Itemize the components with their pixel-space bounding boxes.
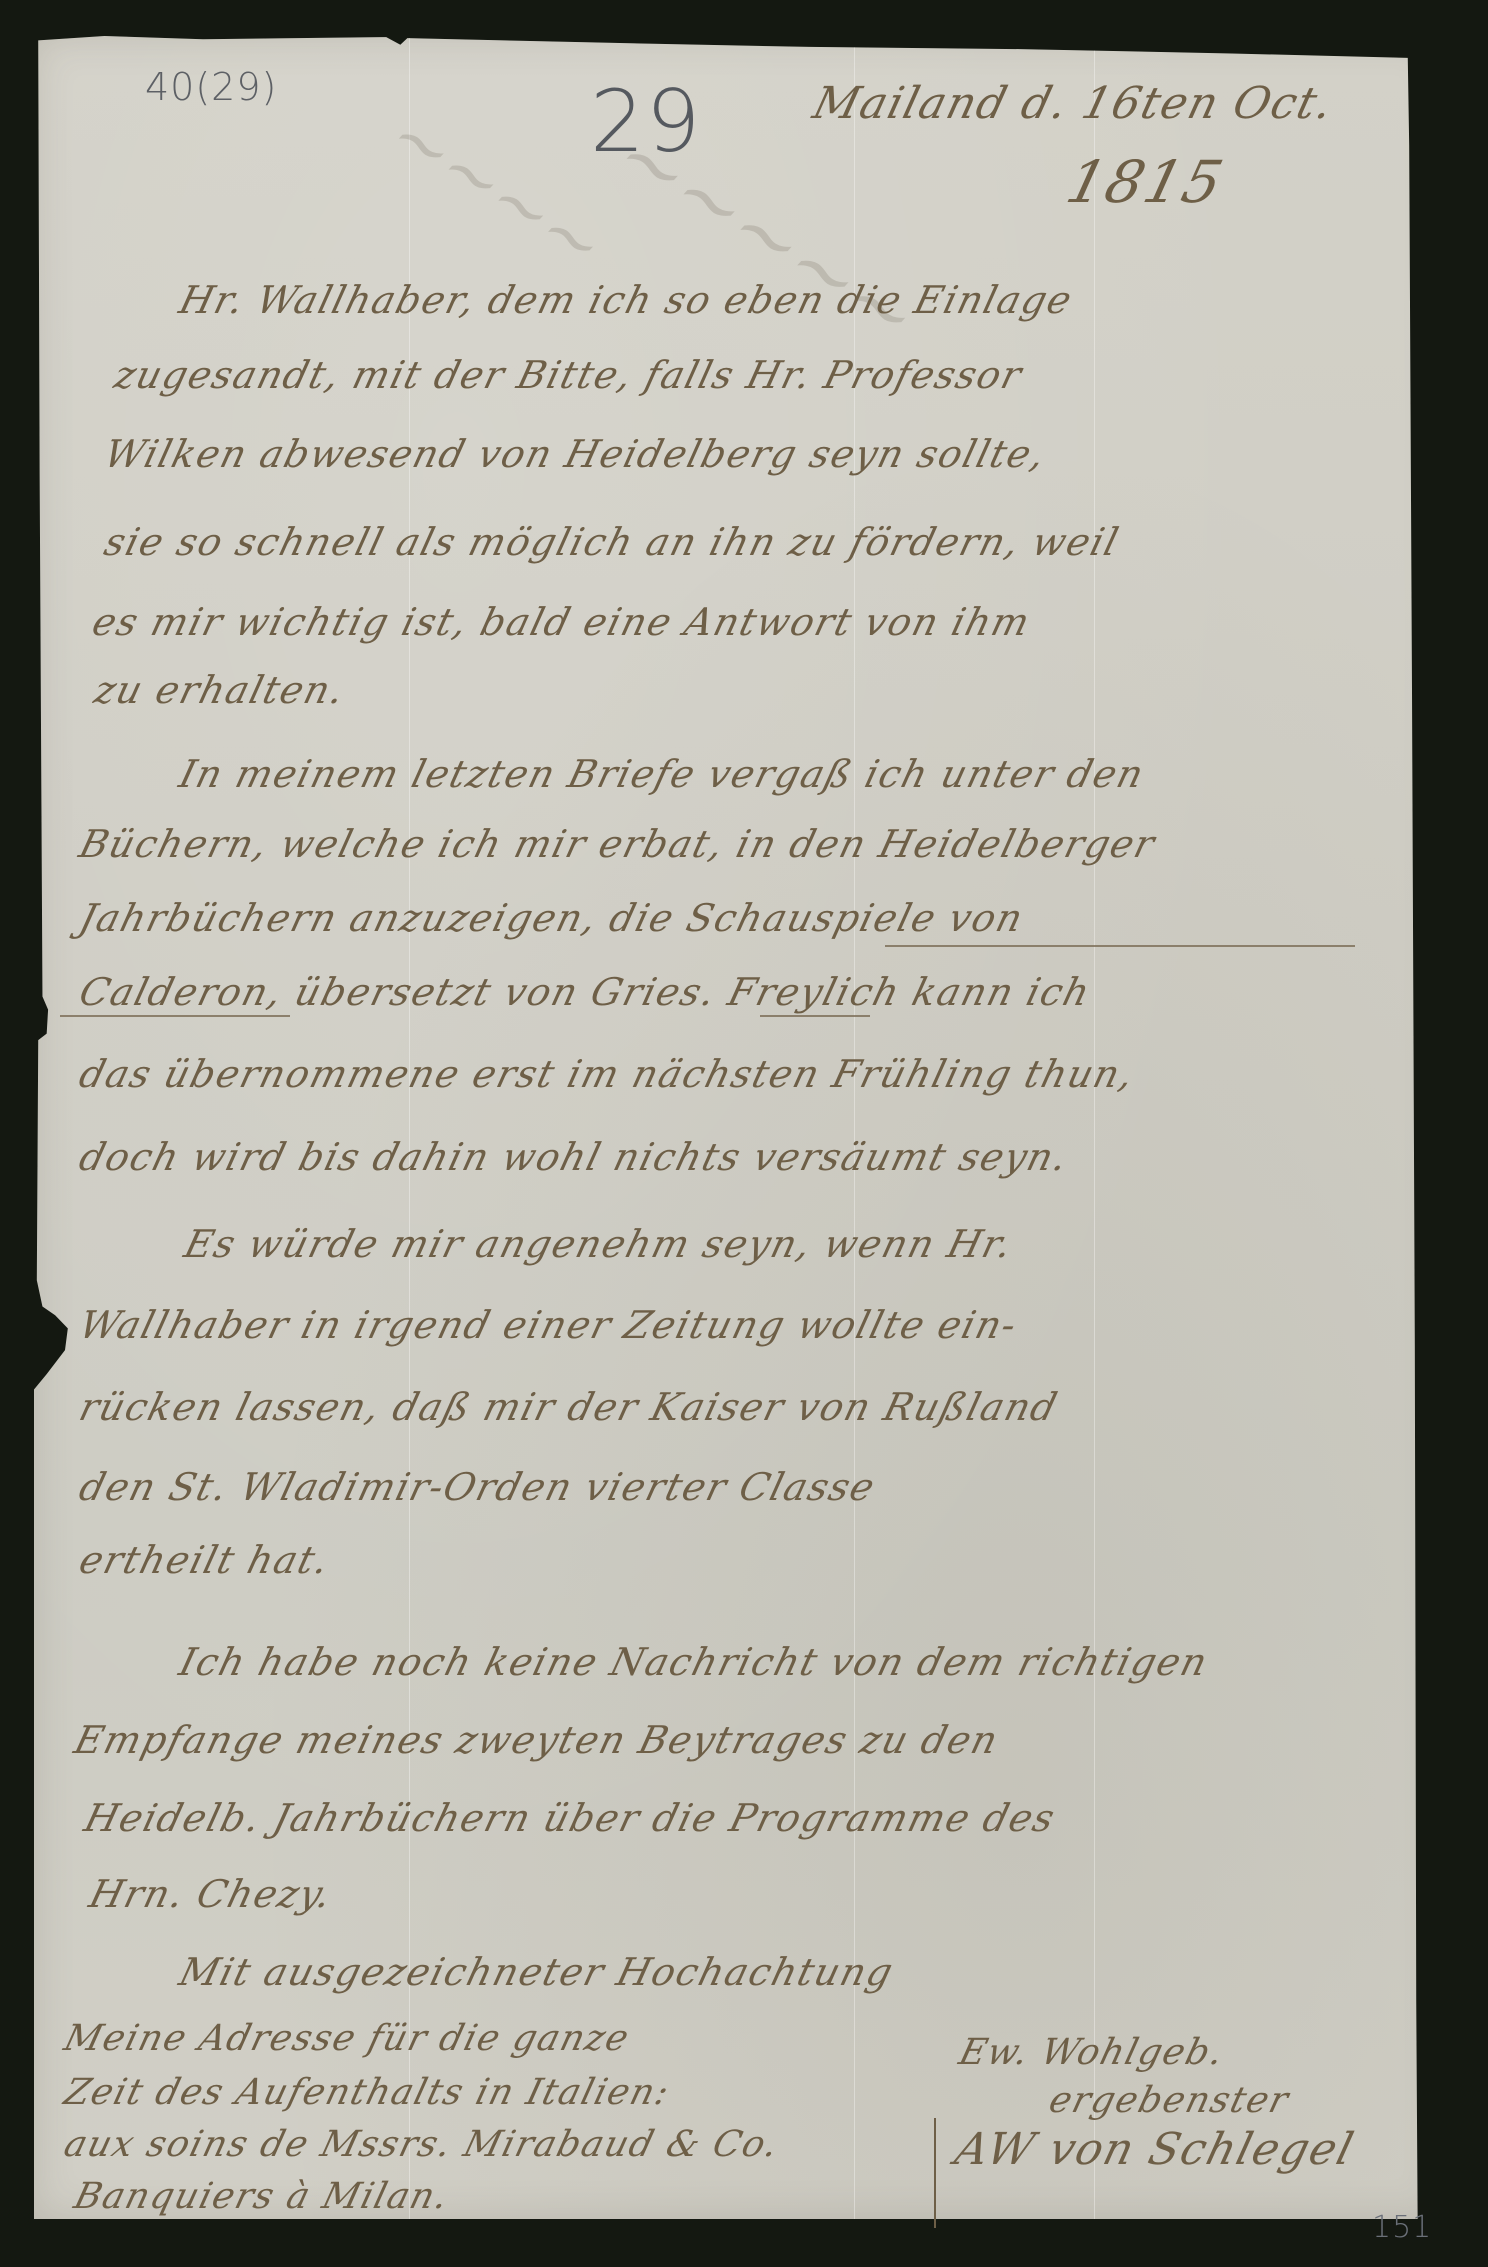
letter-line: In meinem letzten Briefe vergaß ich unte…	[175, 752, 1149, 796]
letter-line: das übernommene erst im nächsten Frühlin…	[75, 1052, 1139, 1096]
letter-line: sie so schnell als möglich an ihn zu för…	[100, 520, 1124, 564]
letter-line: Büchern, welche ich mir erbat, in den He…	[75, 822, 1160, 866]
letter-year: 1815	[1060, 148, 1231, 216]
address-line: aux soins de Mssrs. Mirabaud & Co.	[60, 2124, 783, 2165]
archive-page-number: 29	[590, 72, 701, 172]
letter-line: Wilken abwesend von Heidelberg seyn soll…	[100, 432, 1051, 476]
archive-folio-ref: 40(29)	[145, 65, 277, 109]
underline-calderon	[60, 1015, 290, 1017]
underline-gries	[760, 1015, 870, 1017]
address-line: Meine Adresse für die ganze	[60, 2018, 634, 2059]
archive-sheet-number: 151	[1372, 2210, 1432, 2245]
letter-closing-salutation: Mit ausgezeichneter Hochachtung	[175, 1950, 898, 1994]
letter-line: Ich habe noch keine Nachricht von dem ri…	[175, 1640, 1213, 1684]
letter-line: den St. Wladimir-Orden vierter Classe	[75, 1465, 880, 1509]
address-line: Zeit des Aufenthalts in Italien:	[60, 2072, 674, 2113]
signature: AW von Schlegel	[950, 2124, 1360, 2175]
closing-ergebenster: ergebenster	[1045, 2080, 1294, 2121]
letter-line: Heidelb. Jahrbüchern über die Programme …	[80, 1796, 1060, 1840]
letter-line: Empfange meines zweyten Beytrages zu den	[70, 1718, 1003, 1762]
paper-fold	[1424, 1036, 1426, 2136]
letter-line: es mir wichtig ist, bald eine Antwort vo…	[88, 600, 1035, 644]
address-separator	[934, 2118, 936, 2228]
underline-schauspiele	[885, 945, 1355, 947]
letter-line: Calderon, übersetzt von Gries. Freylich …	[75, 970, 1095, 1014]
letter-place-date: Mailand d. 16ten Oct.	[808, 78, 1339, 129]
letter-line: Es würde mir angenehm seyn, wenn Hr.	[180, 1222, 1018, 1266]
letter-line: zugesandt, mit der Bitte, falls Hr. Prof…	[110, 353, 1027, 397]
letter-line: doch wird bis dahin wohl nichts versäumt…	[75, 1135, 1073, 1179]
letter-line: ertheilt hat.	[75, 1538, 335, 1582]
paper-crease	[1094, 36, 1095, 2219]
letter-line: Hr. Wallhaber, dem ich so eben die Einla…	[175, 278, 1077, 322]
address-line: Banquiers à Milan.	[70, 2176, 453, 2217]
letter-line: zu erhalten.	[90, 668, 350, 712]
letter-line: rücken lassen, daß mir der Kaiser von Ru…	[75, 1385, 1063, 1429]
letter-line: Hrn. Chezy.	[85, 1872, 337, 1916]
closing-honorific: Ew. Wohlgeb.	[955, 2032, 1229, 2073]
letter-line: Wallhaber in irgend einer Zeitung wollte…	[75, 1303, 1022, 1347]
letter-line: Jahrbüchern anzuzeigen, die Schauspiele …	[75, 896, 1028, 940]
